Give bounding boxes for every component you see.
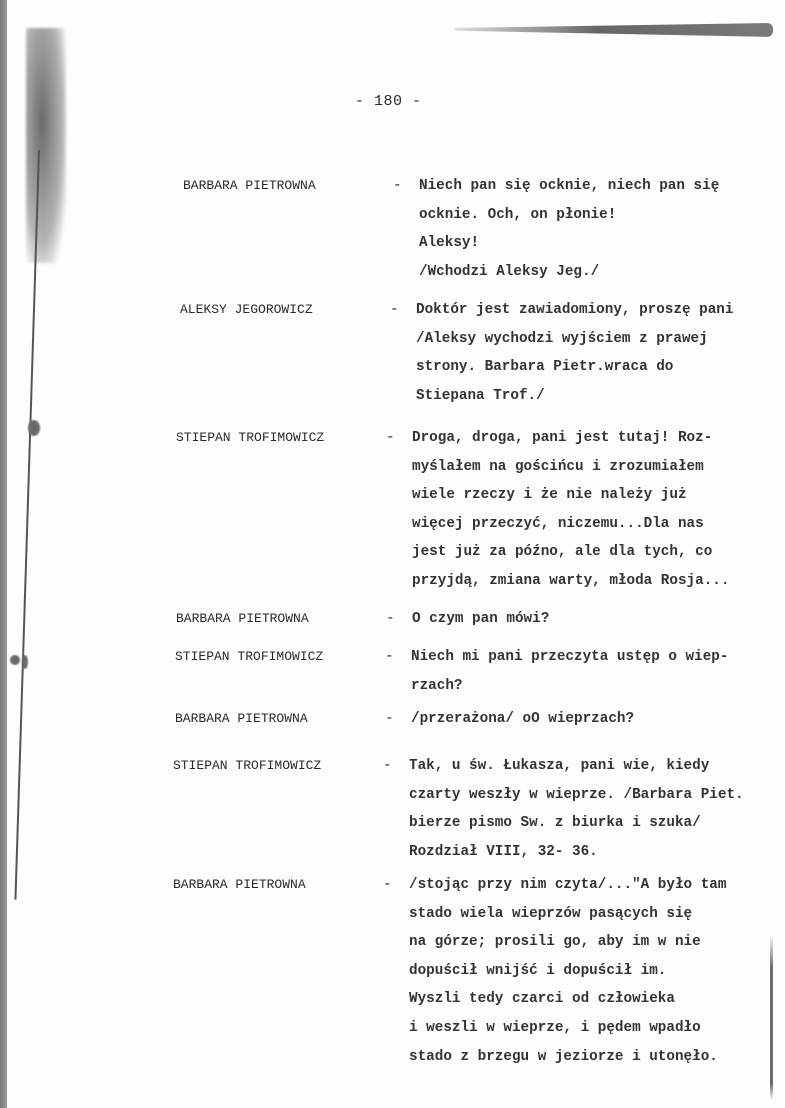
speech-line: Tak, u św. Łukasza, pani wie, kiedy xyxy=(409,752,744,781)
speech-text: /stojąc przy nim czyta/..."A było tamsta… xyxy=(409,871,726,1071)
speaker-dash: - xyxy=(386,605,412,634)
speaker-dash: - xyxy=(393,172,419,286)
speech-line: przyjdą, zmiana warty, młoda Rosja... xyxy=(412,567,729,596)
scan-edge-right xyxy=(770,935,773,1100)
speaker-name: BARBARA PIETROWNA xyxy=(173,871,383,1071)
speech-text: Niech mi pani przeczyta ustęp o wiep-rza… xyxy=(411,643,728,700)
scan-edge-top xyxy=(455,23,773,37)
speech-line: stado wiela wieprzów pasących się xyxy=(409,900,726,929)
dialogue-entry: BARBARA PIETROWNA-/przerażona/ oO wieprz… xyxy=(175,705,634,734)
dialogue-entry: BARBARA PIETROWNA-O czym pan mówi? xyxy=(176,605,549,634)
speech-text: O czym pan mówi? xyxy=(412,605,549,634)
speaker-dash: - xyxy=(383,871,409,1071)
speech-line: bierze pismo Sw. z biurka i szuka/ xyxy=(409,809,744,838)
speaker-dash: - xyxy=(385,705,411,734)
page-number: - 180 - xyxy=(355,93,422,110)
speech-line: ocknie. Och, on płonie! xyxy=(419,201,719,230)
speaker-dash: - xyxy=(383,752,409,866)
speech-line: Wyszli tedy czarci od człowieka xyxy=(409,985,726,1014)
speech-line: Niech mi pani przeczyta ustęp o wiep- xyxy=(411,643,728,672)
speech-line: dopuścił wnijść i dopuścił im. xyxy=(409,957,726,986)
speech-line: stado z brzegu w jeziorze i utonęło. xyxy=(409,1043,726,1072)
binding-shadow xyxy=(26,28,66,263)
speaker-name: BARBARA PIETROWNA xyxy=(183,172,393,286)
speech-line: więcej przeczyć, niczemu...Dla nas xyxy=(412,510,729,539)
speaker-name: BARBARA PIETROWNA xyxy=(176,605,386,634)
speech-line: /stojąc przy nim czyta/..."A było tam xyxy=(409,871,726,900)
dialogue-entry: BARBARA PIETROWNA-/stojąc przy nim czyta… xyxy=(173,871,726,1071)
speech-line: na górze; prosili go, aby im w nie xyxy=(409,928,726,957)
speaker-name: STIEPAN TROFIMOWICZ xyxy=(173,752,383,866)
speech-text: Niech pan się ocknie, niech pan sięockni… xyxy=(419,172,719,286)
speech-line: /przerażona/ oO wieprzach? xyxy=(411,705,634,734)
dialogue-entry: STIEPAN TROFIMOWICZ-Droga, droga, pani j… xyxy=(176,424,729,596)
speech-line: O czym pan mówi? xyxy=(412,605,549,634)
speech-line: /Wchodzi Aleksy Jeg./ xyxy=(419,258,719,287)
speech-line: i weszli w wieprze, i pędem wpadło xyxy=(409,1014,726,1043)
speech-line: Stiepana Trof./ xyxy=(416,382,733,411)
dialogue-entry: ALEKSY JEGOROWICZ-Doktór jest zawiadomio… xyxy=(180,296,733,410)
dialogue-entry: BARBARA PIETROWNA-Niech pan się ocknie, … xyxy=(183,172,719,286)
speech-line: myślałem na gościńcu i zrozumiałem xyxy=(412,453,729,482)
speaker-name: BARBARA PIETROWNA xyxy=(175,705,385,734)
speech-line: wiele rzeczy i że nie należy już xyxy=(412,481,729,510)
dialogue-entry: STIEPAN TROFIMOWICZ-Niech mi pani przecz… xyxy=(175,643,728,700)
ink-blot xyxy=(10,655,20,665)
ink-blot xyxy=(22,655,28,669)
speech-text: /przerażona/ oO wieprzach? xyxy=(411,705,634,734)
speaker-name: STIEPAN TROFIMOWICZ xyxy=(176,424,386,596)
dialogue-entry: STIEPAN TROFIMOWICZ-Tak, u św. Łukasza, … xyxy=(173,752,744,866)
speaker-dash: - xyxy=(390,296,416,410)
speech-line: Doktór jest zawiadomiony, proszę pani xyxy=(416,296,733,325)
speech-line: rzach? xyxy=(411,672,728,701)
speaker-dash: - xyxy=(385,643,411,700)
ink-blot xyxy=(28,420,40,436)
speaker-dash: - xyxy=(386,424,412,596)
speech-line: Droga, droga, pani jest tutaj! Roz- xyxy=(412,424,729,453)
speaker-name: STIEPAN TROFIMOWICZ xyxy=(175,643,385,700)
speech-line: /Aleksy wychodzi wyjściem z prawej xyxy=(416,325,733,354)
speech-text: Tak, u św. Łukasza, pani wie, kiedyczart… xyxy=(409,752,744,866)
speech-line: czarty weszły w wieprze. /Barbara Piet. xyxy=(409,781,744,810)
speech-line: jest już za późno, ale dla tych, co xyxy=(412,538,729,567)
speech-line: Rozdział VIII, 32- 36. xyxy=(409,838,744,867)
scan-edge-left xyxy=(0,0,7,1108)
speech-line: strony. Barbara Pietr.wraca do xyxy=(416,353,733,382)
document-page: - 180 - BARBARA PIETROWNA-Niech pan się … xyxy=(0,0,785,1108)
speech-text: Doktór jest zawiadomiony, proszę pani/Al… xyxy=(416,296,733,410)
speech-text: Droga, droga, pani jest tutaj! Roz-myśla… xyxy=(412,424,729,596)
speech-line: Aleksy! xyxy=(419,229,719,258)
speech-line: Niech pan się ocknie, niech pan się xyxy=(419,172,719,201)
speaker-name: ALEKSY JEGOROWICZ xyxy=(180,296,390,410)
